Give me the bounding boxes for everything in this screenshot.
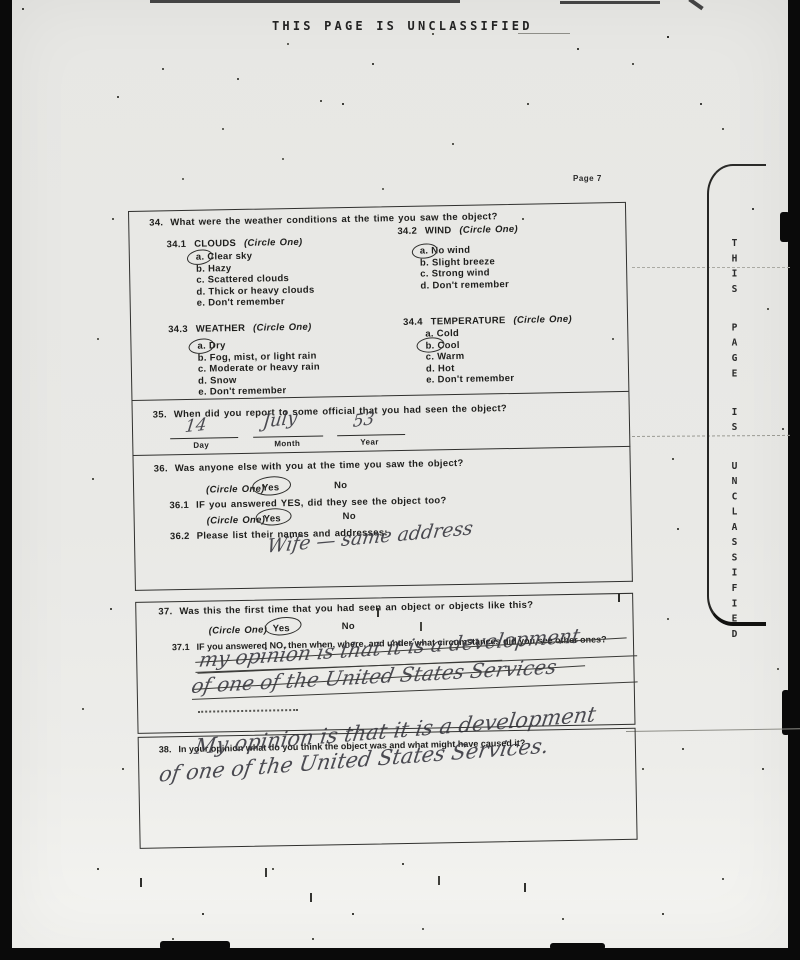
question-36-1-answer-circle xyxy=(255,507,292,527)
section-34-4-label: TEMPERATURE xyxy=(431,315,506,327)
scan-edge-left xyxy=(0,0,12,960)
month-label: Month xyxy=(274,439,300,448)
question-36: 36.Was anyone else with you at the time … xyxy=(154,458,464,475)
scan-edge-right xyxy=(788,0,800,960)
section-34-2-label: WIND xyxy=(425,225,452,236)
section-34-2-circle-note: (Circle One) xyxy=(459,224,518,236)
question-35-box: 35.When did you report to some official … xyxy=(131,392,630,456)
question-36-2-number: 36.2 xyxy=(170,531,190,542)
temperature-options: a. Cold b. Cool c. Warm d. Hot e. Don't … xyxy=(425,327,514,386)
weather-option-e: e. Don't remember xyxy=(198,385,320,399)
year-label: Year xyxy=(360,437,379,446)
section-34-1-circle-note: (Circle One) xyxy=(244,237,303,249)
section-34-2-number: 34.2 xyxy=(397,226,417,237)
day-label: Day xyxy=(193,441,209,450)
section-34-3-label: WEATHER xyxy=(196,323,246,335)
question-37-number: 37. xyxy=(158,606,172,617)
scan-artifact-line xyxy=(518,33,570,34)
scan-top-line xyxy=(560,1,660,4)
question-35-number: 35. xyxy=(153,409,167,420)
clouds-options: a. Clear sky b. Hazy c. Scattered clouds… xyxy=(196,250,315,310)
scan-noise-ticks xyxy=(140,878,142,887)
clouds-option-e: e. Don't remember xyxy=(197,296,315,310)
weather-options: a. Dry b. Fog, mist, or light rain c. Mo… xyxy=(197,339,320,399)
weather-option-c: c. Moderate or heavy rain xyxy=(198,362,320,376)
question-36-1: 36.1IF you answered YES, did they see th… xyxy=(169,495,446,511)
questionnaire-form: 34.What were the weather conditions at t… xyxy=(128,202,638,851)
section-34-3-title: 34.3 WEATHER (Circle One) xyxy=(168,322,312,336)
side-classification-banner: THIS PAGE IS UNCLASSIFIED xyxy=(729,238,740,644)
question-36-no: No xyxy=(334,480,347,491)
section-34-1-title: 34.1 CLOUDS (Circle One) xyxy=(167,237,303,250)
question-36-answer-circle xyxy=(251,475,292,497)
top-classification-banner: THIS PAGE IS UNCLASSIFIED xyxy=(272,19,533,33)
question-36-1-text: IF you answered YES, did they see the ob… xyxy=(196,495,447,511)
temperature-option-e: e. Don't remember xyxy=(426,373,514,386)
scan-top-line xyxy=(150,0,460,3)
answer-dotted-line xyxy=(198,709,298,713)
question-37-text: Was this the first time that you had see… xyxy=(179,600,533,617)
month-value-handwriting: July xyxy=(262,407,299,432)
question-37-answer-circle xyxy=(264,615,303,637)
day-value-handwriting: 14 xyxy=(184,415,208,437)
question-36-box: 36.Was anyone else with you at the time … xyxy=(132,447,632,591)
section-34-1-label: CLOUDS xyxy=(194,238,236,250)
question-38-number: 38. xyxy=(159,744,172,754)
section-34-3-circle-note: (Circle One) xyxy=(253,322,312,334)
year-value-handwriting: 53 xyxy=(352,409,376,432)
question-35-text: When did you report to some official tha… xyxy=(174,403,507,420)
section-34-2-title: 34.2 WIND (Circle One) xyxy=(397,224,518,237)
scan-edge-blob xyxy=(160,941,230,950)
question-37-circle-note: (Circle One) xyxy=(209,625,268,637)
question-38-box: 38.In your opinion what do you think the… xyxy=(138,728,638,849)
section-34-4-circle-note: (Circle One) xyxy=(513,314,572,326)
section-34-4-title: 34.4 TEMPERATURE (Circle One) xyxy=(403,314,572,328)
question-36-1-no: No xyxy=(343,511,356,522)
question-34-box: 34.What were the weather conditions at t… xyxy=(128,202,629,401)
question-36-number: 36. xyxy=(154,463,168,474)
scan-edge-blob xyxy=(780,212,790,242)
section-34-1-number: 34.1 xyxy=(167,239,187,250)
scan-noise xyxy=(22,8,24,10)
question-37-no: No xyxy=(342,621,355,632)
section-34-4-number: 34.4 xyxy=(403,317,423,328)
wind-option-d: d. Don't remember xyxy=(420,279,509,292)
page-number: Page 7 xyxy=(573,174,602,183)
question-37: 37.Was this the first time that you had … xyxy=(158,600,533,618)
section-34-3-number: 34.3 xyxy=(168,324,188,335)
scan-edge-bottom xyxy=(0,948,800,960)
question-36-2-answer-handwriting: Wife — same address xyxy=(266,517,474,557)
scan-edge-blob xyxy=(550,943,605,950)
question-36-text: Was anyone else with you at the time you… xyxy=(175,458,464,474)
question-34-number: 34. xyxy=(149,217,163,228)
question-36-1-number: 36.1 xyxy=(169,500,189,511)
question-37-1-number: 37.1 xyxy=(172,642,190,652)
